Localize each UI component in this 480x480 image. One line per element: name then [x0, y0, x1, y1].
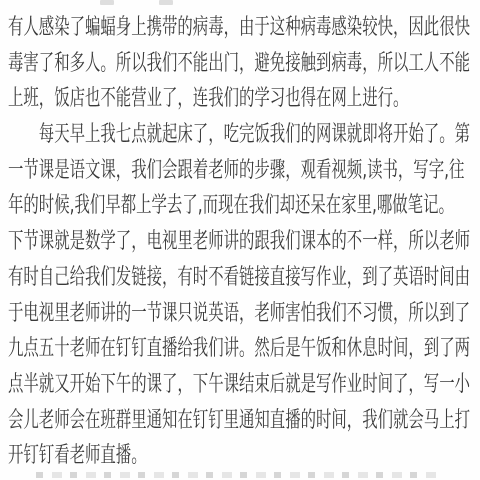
text-line: 九点五十老师在钉钉直播给我们讲。然后是午饭和休息时间，到了两 [8, 331, 478, 367]
document-page: 有人感染了蝙蝠身上携带的病毒，由于这种病毒感染较快，因此很快 毒害了和多人。所以… [0, 0, 480, 480]
essay-text: 有人感染了蝙蝠身上携带的病毒，由于这种病毒感染较快，因此很快 毒害了和多人。所以… [8, 10, 478, 474]
text-line: 毒害了和多人。所以我们不能出门，避免接触到病毒，所以工人不能 [8, 46, 478, 82]
text-line: 上班，饭店也不能营业了，连我们的学习也得在网上进行。 [8, 81, 478, 117]
paragraph-online-class-day: 每天早上我七点就起床了，吃完饭我们的网课就即将开始了。第 一节课是语文课，我们会… [8, 117, 478, 474]
text-line: 每天早上我七点就起床了，吃完饭我们的网课就即将开始了。第 [8, 117, 478, 153]
text-line: 于电视里老师讲的一节课只说英语，老师害怕我们不习惯，所以到了 [8, 296, 478, 332]
text-line: 有时自己给我们发链接，有时不看链接直接写作业，到了英语时间由 [8, 260, 478, 296]
text-line: 开钉钉看老师直播。 [8, 438, 478, 474]
text-line: 会儿老师会在班群里通知在钉钉里通知直播的时间，我们就会马上打 [8, 403, 478, 439]
text-line: 下节课就是数学了，电视里老师讲的跟我们课本的不一样，所以老师 [8, 224, 478, 260]
text-line: 有人感染了蝙蝠身上携带的病毒，由于这种病毒感染较快，因此很快 [8, 10, 478, 46]
clipped-text-fragment-top [159, 0, 173, 5]
text-line: 点半就又开始下午的课了，下午课结束后就是写作业时间了，写一小 [8, 367, 478, 403]
text-line: 年的时候,我们早都上学去了,而现在我们却还呆在家里,哪做笔记。 [8, 188, 478, 224]
clipped-text-fragment-top [100, 0, 114, 5]
clipped-text-fragment-bottom [36, 472, 438, 478]
paragraph-virus-intro: 有人感染了蝙蝠身上携带的病毒，由于这种病毒感染较快，因此很快 毒害了和多人。所以… [8, 10, 478, 117]
text-line: 一节课是语文课，我们会跟着老师的步骤，观看视频,读书，写字,往 [8, 153, 478, 189]
